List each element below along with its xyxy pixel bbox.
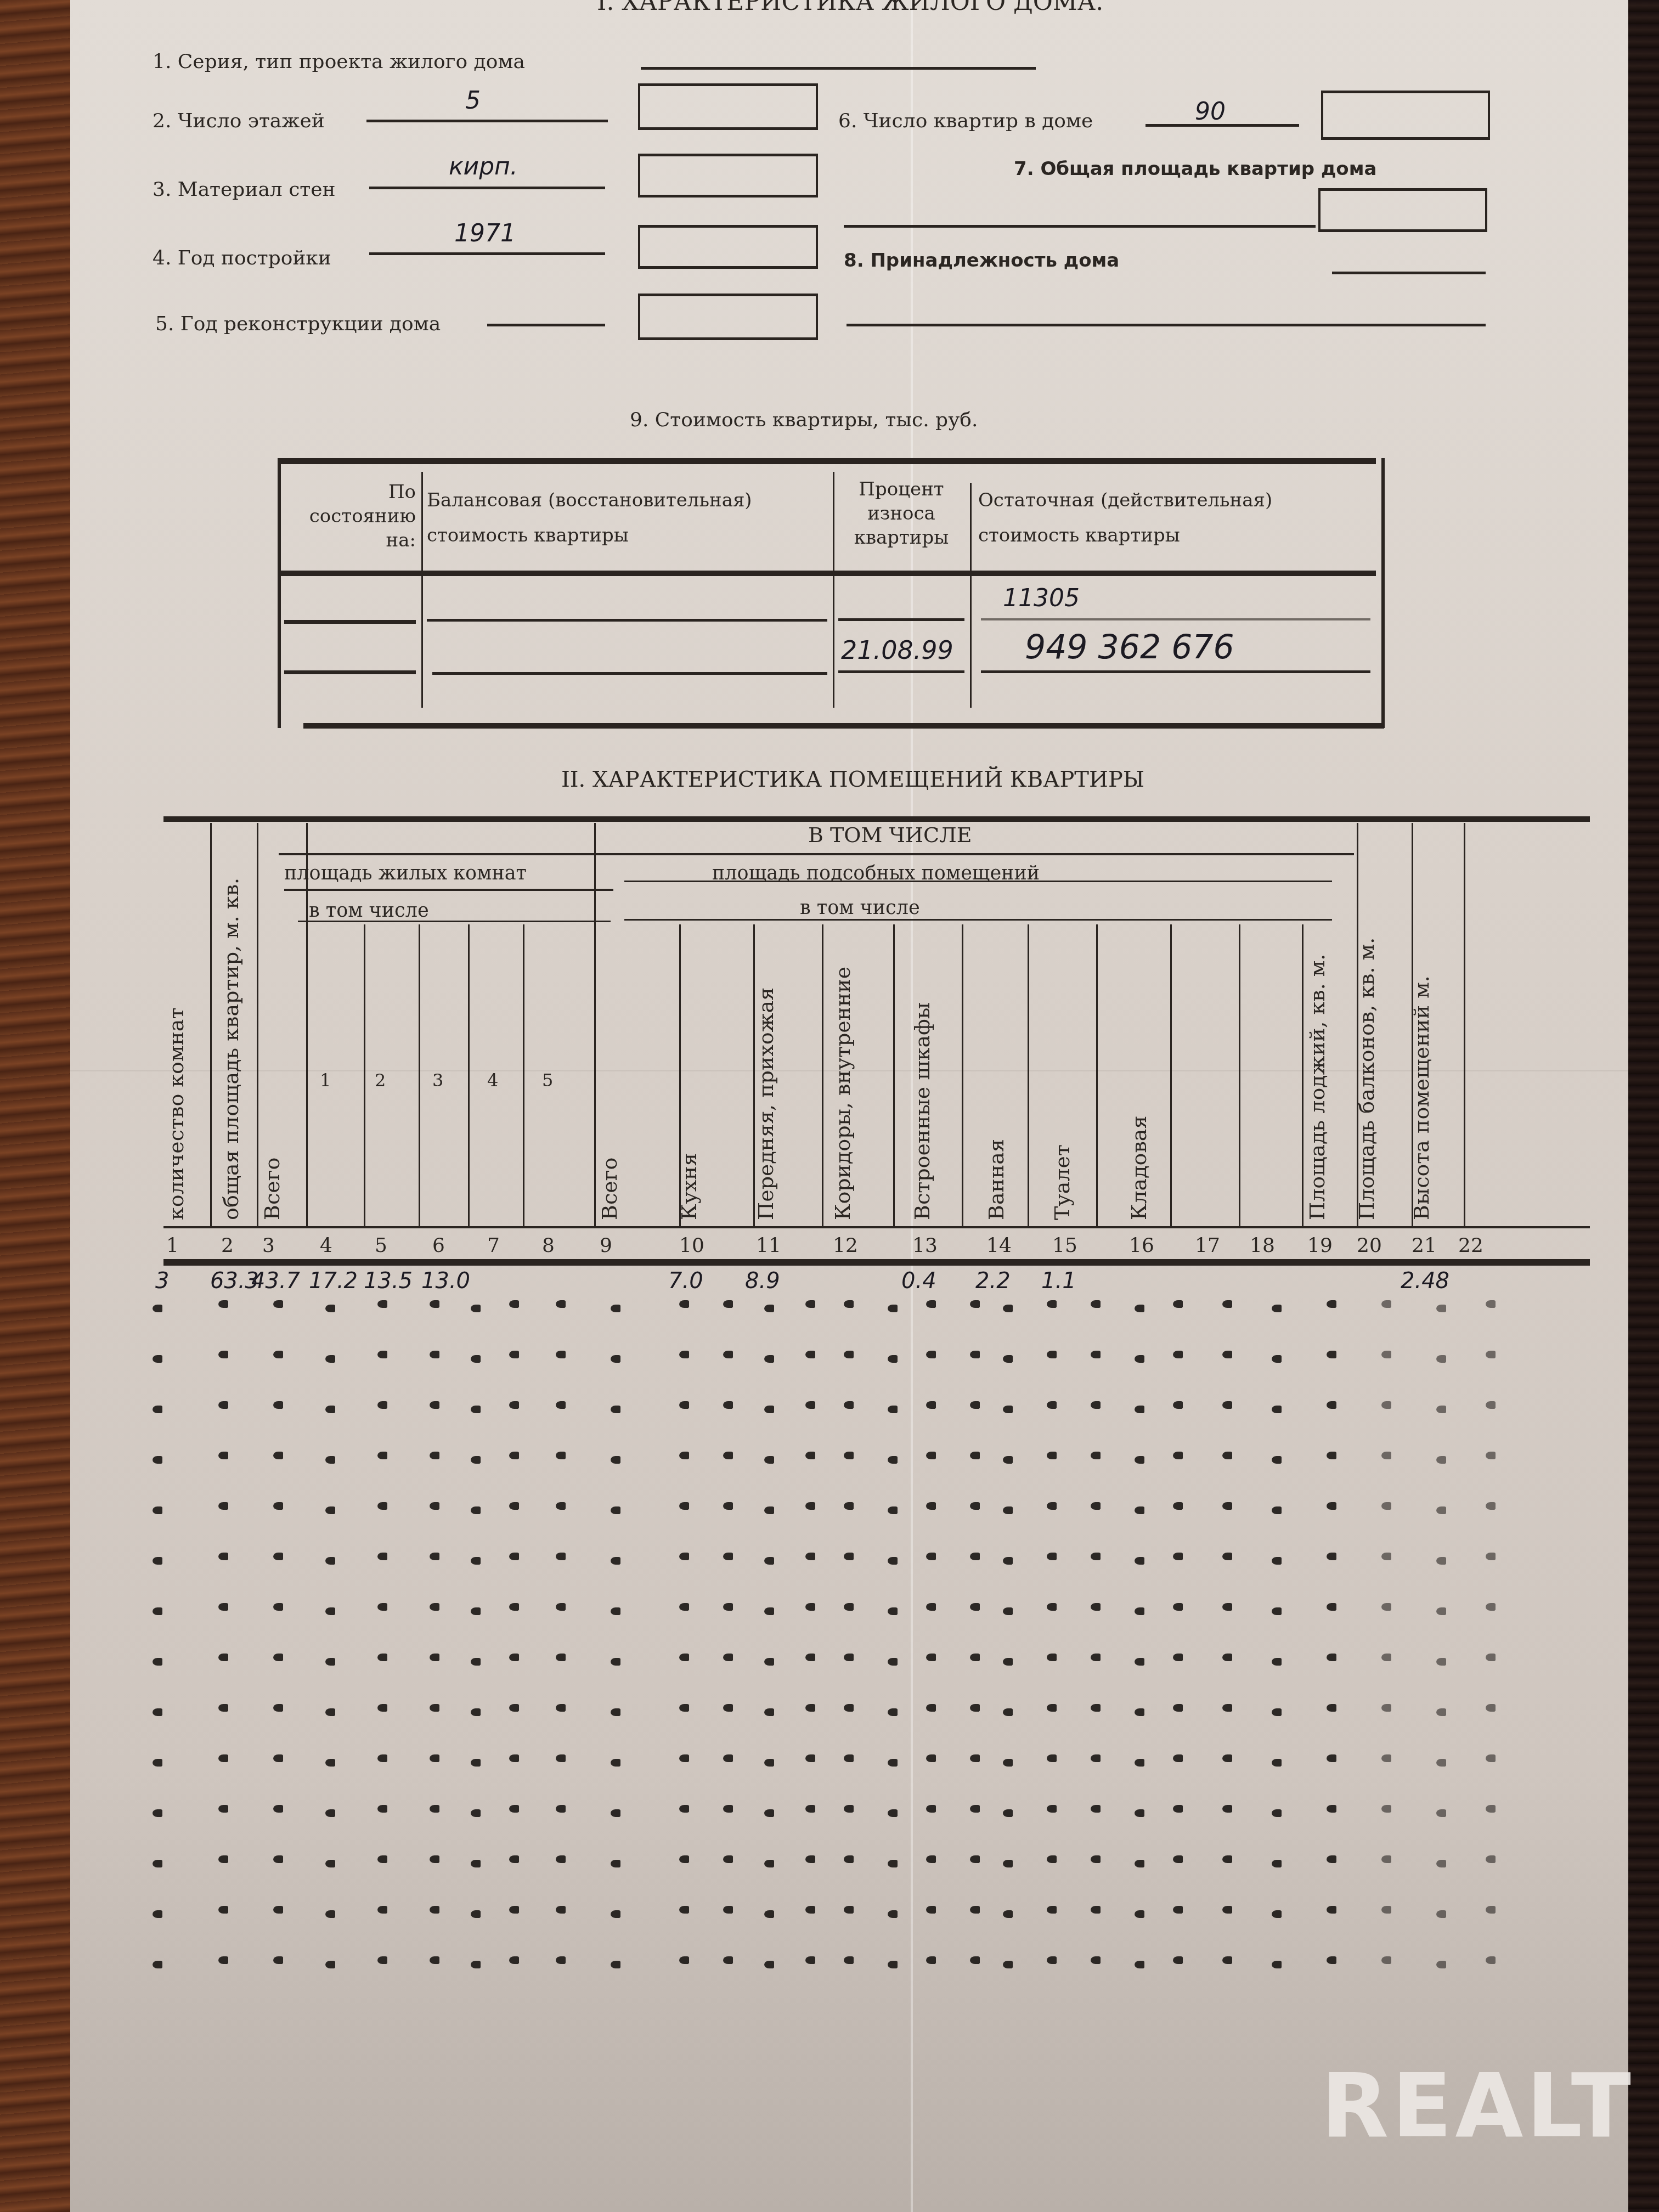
print-dot — [377, 1855, 387, 1863]
row-line — [838, 670, 964, 673]
print-dot — [1003, 1557, 1013, 1565]
print-dot — [1272, 1456, 1282, 1464]
print-dot — [926, 1401, 936, 1409]
print-dot — [1047, 1351, 1057, 1358]
print-dot — [377, 1704, 387, 1712]
print-dot — [1091, 1401, 1101, 1409]
print-dot — [1436, 1658, 1446, 1666]
print-dot — [273, 1553, 283, 1560]
print-dot — [1047, 1654, 1057, 1661]
print-dot — [218, 1906, 228, 1914]
print-dot — [1381, 1654, 1391, 1661]
print-dot — [471, 1557, 481, 1565]
print-dot — [1272, 1759, 1282, 1767]
print-dot — [556, 1351, 566, 1358]
row-line — [284, 620, 416, 624]
print-dot — [273, 1805, 283, 1813]
field-line-walls — [369, 187, 605, 189]
print-dot — [679, 1654, 689, 1661]
field-line-ownership-2 — [847, 324, 1486, 326]
print-dot — [325, 1355, 335, 1363]
print-dot — [218, 1805, 228, 1813]
print-dot — [325, 1456, 335, 1464]
row-line — [981, 670, 1370, 673]
group-header: В ТОМ ЧИСЛЕ — [808, 823, 972, 847]
print-dot — [764, 1607, 774, 1615]
print-dot — [926, 1351, 936, 1358]
print-dot — [218, 1855, 228, 1863]
print-dot — [764, 1506, 774, 1514]
print-dot — [805, 1452, 815, 1459]
print-dot — [325, 1961, 335, 1968]
print-dot — [764, 1305, 774, 1312]
print-dot — [970, 1351, 980, 1358]
print-dot — [1486, 1906, 1496, 1914]
print-dot — [970, 1654, 980, 1661]
print-dot — [1135, 1961, 1144, 1968]
column-label: Встроенные шкафы — [910, 1002, 934, 1220]
print-dot — [218, 1502, 228, 1510]
print-dot — [377, 1452, 387, 1459]
print-dot — [377, 1553, 387, 1560]
print-dot — [430, 1956, 439, 1964]
print-dot — [679, 1956, 689, 1964]
print-dot — [153, 1355, 162, 1363]
print-dot — [509, 1754, 519, 1762]
print-dot — [970, 1553, 980, 1560]
print-dot — [556, 1906, 566, 1914]
print-dot — [556, 1603, 566, 1611]
print-dot — [1486, 1754, 1496, 1762]
print-dot — [1272, 1860, 1282, 1867]
print-dot — [1173, 1553, 1183, 1560]
print-dot — [1091, 1300, 1101, 1308]
print-dot — [1327, 1754, 1336, 1762]
print-dot — [611, 1305, 620, 1312]
table-border — [303, 723, 1384, 729]
print-dot — [844, 1754, 854, 1762]
print-dot — [764, 1961, 774, 1968]
print-dot — [509, 1502, 519, 1510]
print-dot — [1135, 1456, 1144, 1464]
print-dot — [1381, 1704, 1391, 1712]
column-number: 2 — [221, 1234, 234, 1257]
print-dot — [1003, 1809, 1013, 1817]
print-dot — [509, 1401, 519, 1409]
print-dot — [430, 1351, 439, 1358]
print-dot — [556, 1502, 566, 1510]
print-dot — [888, 1910, 898, 1918]
print-dot — [805, 1603, 815, 1611]
print-dot — [1272, 1910, 1282, 1918]
living-header: площадь жилых комнат — [284, 862, 527, 884]
field-line-year-built — [369, 252, 605, 255]
header-line — [284, 889, 613, 891]
print-dot — [1272, 1658, 1282, 1666]
print-dot — [471, 1456, 481, 1464]
column-divider — [1028, 924, 1029, 1226]
print-dot — [1436, 1860, 1446, 1867]
print-dot — [844, 1855, 854, 1863]
print-dot — [611, 1759, 620, 1767]
print-dot — [679, 1553, 689, 1560]
print-dot — [1222, 1502, 1232, 1510]
print-dot — [377, 1754, 387, 1762]
print-dot — [1436, 1607, 1446, 1615]
print-dot — [509, 1654, 519, 1661]
column-label: 1 — [320, 1070, 331, 1091]
field-label-reconstruction: 5. Год реконструкции дома — [155, 313, 441, 335]
row-line — [427, 619, 827, 622]
print-dot — [926, 1956, 936, 1964]
column-label: количество комнат — [164, 1007, 188, 1220]
print-dot — [723, 1300, 733, 1308]
column-number: 22 — [1458, 1234, 1483, 1257]
print-dot — [471, 1910, 481, 1918]
print-dot — [1381, 1452, 1391, 1459]
print-dot — [611, 1961, 620, 1968]
print-dot — [679, 1754, 689, 1762]
print-dot — [1091, 1704, 1101, 1712]
print-dot — [1047, 1401, 1057, 1409]
print-dot — [1222, 1704, 1232, 1712]
table-border — [279, 458, 1376, 464]
print-dot — [844, 1452, 854, 1459]
print-dot — [1222, 1906, 1232, 1914]
print-dot — [1272, 1557, 1282, 1565]
print-dot — [471, 1860, 481, 1867]
print-dot — [430, 1300, 439, 1308]
print-dot — [1173, 1956, 1183, 1964]
column-label: Площадь балконов, кв. м. — [1355, 938, 1379, 1220]
print-dot — [153, 1456, 162, 1464]
header-residual: Остаточная (действительная) стоимость кв… — [978, 483, 1373, 553]
print-dot — [1222, 1603, 1232, 1611]
field-label-series: 1. Серия, тип проекта жилого дома — [153, 50, 525, 73]
print-dot — [1003, 1607, 1013, 1615]
print-dot — [556, 1654, 566, 1661]
print-dot — [556, 1956, 566, 1964]
print-dot — [430, 1704, 439, 1712]
print-dot — [1486, 1855, 1496, 1863]
print-dot — [970, 1754, 980, 1762]
column-divider — [306, 823, 308, 1226]
print-dot — [153, 1961, 162, 1968]
print-dot — [926, 1502, 936, 1510]
print-dot — [556, 1855, 566, 1863]
print-dot — [844, 1603, 854, 1611]
print-dot — [509, 1300, 519, 1308]
print-dot — [1222, 1956, 1232, 1964]
print-dot — [273, 1956, 283, 1964]
print-dot — [273, 1906, 283, 1914]
dark-background — [1624, 0, 1659, 2212]
column-number: 20 — [1357, 1234, 1382, 1257]
print-dot — [888, 1506, 898, 1514]
column-divider — [1239, 924, 1240, 1226]
print-dot — [1272, 1506, 1282, 1514]
column-number: 21 — [1412, 1234, 1437, 1257]
print-dot — [723, 1553, 733, 1560]
code-box — [638, 154, 818, 198]
realt-watermark: REALT — [1321, 2055, 1634, 2157]
print-dot — [1486, 1300, 1496, 1308]
print-dot — [611, 1860, 620, 1867]
row-line — [838, 618, 964, 621]
print-dot — [273, 1654, 283, 1661]
print-dot — [1003, 1506, 1013, 1514]
print-dot — [723, 1906, 733, 1914]
print-dot — [970, 1603, 980, 1611]
print-dot — [1173, 1906, 1183, 1914]
print-dot — [805, 1553, 815, 1560]
column-label: 4 — [487, 1070, 498, 1091]
table-border — [1381, 458, 1385, 728]
print-dot — [273, 1300, 283, 1308]
print-dot — [273, 1704, 283, 1712]
print-dot — [844, 1401, 854, 1409]
print-dot — [325, 1759, 335, 1767]
print-dot — [844, 1300, 854, 1308]
print-dot — [1173, 1401, 1183, 1409]
print-dot — [764, 1809, 774, 1817]
cost-table-title: 9. Стоимость квартиры, тыс. руб. — [630, 409, 978, 431]
field-label-floors: 2. Число этажей — [153, 110, 325, 132]
print-dot — [888, 1456, 898, 1464]
print-dot — [1047, 1452, 1057, 1459]
print-dot — [1327, 1603, 1336, 1611]
section-2-title: II. ХАРАКТЕРИСТИКА ПОМЕЩЕНИЙ КВАРТИРЫ — [561, 767, 1144, 792]
section-1-title: I. ХАРАКТЕРИСТИКА ЖИЛОГО ДОМА. — [597, 0, 1103, 16]
print-dot — [723, 1805, 733, 1813]
print-dot — [1486, 1805, 1496, 1813]
print-dot — [1381, 1401, 1391, 1409]
column-divider — [822, 924, 823, 1226]
print-dot — [926, 1805, 936, 1813]
print-dot — [1327, 1553, 1336, 1560]
column-number: 15 — [1052, 1234, 1077, 1257]
row-line — [981, 618, 1370, 620]
print-dot — [325, 1607, 335, 1615]
print-dot — [509, 1855, 519, 1863]
print-dot — [471, 1759, 481, 1767]
print-dot — [430, 1754, 439, 1762]
print-dot — [926, 1553, 936, 1560]
print-dot — [1486, 1401, 1496, 1409]
print-dot — [273, 1351, 283, 1358]
print-dot — [153, 1860, 162, 1867]
print-dot — [430, 1603, 439, 1611]
print-dot — [1486, 1704, 1496, 1712]
print-dot — [153, 1809, 162, 1817]
header-balance: Балансовая (восстановительная) стоимость… — [427, 483, 822, 553]
print-dot — [1327, 1906, 1336, 1914]
print-dot — [764, 1355, 774, 1363]
print-dot — [1135, 1809, 1144, 1817]
field-label-apartments: 6. Число квартир в доме — [838, 110, 1093, 132]
print-dot — [1135, 1406, 1144, 1413]
table-divider — [421, 472, 423, 708]
print-dot — [1091, 1754, 1101, 1762]
column-number: 5 — [375, 1234, 387, 1257]
print-dot — [1327, 1300, 1336, 1308]
print-dot — [153, 1658, 162, 1666]
column-number: 17 — [1195, 1234, 1220, 1257]
print-dot — [1222, 1553, 1232, 1560]
print-dot — [1173, 1754, 1183, 1762]
print-dot — [970, 1805, 980, 1813]
print-dot — [1436, 1809, 1446, 1817]
print-dot — [1272, 1406, 1282, 1413]
print-dot — [844, 1502, 854, 1510]
column-divider — [364, 924, 365, 1226]
field-label-walls: 3. Материал стен — [153, 178, 336, 201]
aux-sub: в том числе — [800, 897, 920, 919]
header-line — [298, 921, 611, 922]
print-dot — [970, 1704, 980, 1712]
column-value: 7.0 — [668, 1268, 703, 1294]
print-dot — [1135, 1910, 1144, 1918]
print-dot — [844, 1654, 854, 1661]
print-dot — [1222, 1754, 1232, 1762]
print-dot — [1272, 1708, 1282, 1716]
print-dot — [1381, 1300, 1391, 1308]
print-dot — [1003, 1355, 1013, 1363]
print-dot — [1436, 1456, 1446, 1464]
print-dot — [888, 1355, 898, 1363]
print-dot — [1381, 1603, 1391, 1611]
print-dot — [1173, 1654, 1183, 1661]
print-dot — [153, 1557, 162, 1565]
print-dot — [844, 1553, 854, 1560]
column-divider — [523, 924, 524, 1226]
print-dot — [611, 1910, 620, 1918]
print-dot — [1047, 1855, 1057, 1863]
print-dot — [218, 1401, 228, 1409]
print-dot — [1327, 1805, 1336, 1813]
print-dot — [325, 1910, 335, 1918]
print-dot — [471, 1809, 481, 1817]
column-number: 9 — [600, 1234, 612, 1257]
print-dot — [844, 1351, 854, 1358]
print-dot — [723, 1855, 733, 1863]
print-dot — [764, 1658, 774, 1666]
print-dot — [509, 1906, 519, 1914]
print-dot — [1327, 1654, 1336, 1661]
column-label: Кладовая — [1127, 1115, 1151, 1220]
print-dot — [1135, 1355, 1144, 1363]
print-dot — [1135, 1506, 1144, 1514]
table-divider — [970, 483, 972, 708]
table-border — [163, 1259, 1590, 1266]
print-dot — [153, 1607, 162, 1615]
print-dot — [1047, 1805, 1057, 1813]
print-dot — [844, 1956, 854, 1964]
print-dot — [1047, 1754, 1057, 1762]
wood-table-background — [0, 0, 77, 2212]
header-as-of: По состоянию на: — [284, 480, 416, 552]
print-dot — [1486, 1956, 1496, 1964]
print-dot — [1135, 1557, 1144, 1565]
header-line — [279, 853, 1354, 855]
print-dot — [1173, 1805, 1183, 1813]
column-number: 14 — [986, 1234, 1012, 1257]
print-dot — [325, 1809, 335, 1817]
print-dot — [1272, 1355, 1282, 1363]
print-dot — [970, 1401, 980, 1409]
print-dot — [1047, 1553, 1057, 1560]
print-dot — [926, 1754, 936, 1762]
print-dot — [1381, 1754, 1391, 1762]
print-dot — [430, 1654, 439, 1661]
print-dot — [764, 1759, 774, 1767]
print-dot — [926, 1452, 936, 1459]
print-dot — [153, 1406, 162, 1413]
print-dot — [1327, 1502, 1336, 1510]
print-dot — [679, 1855, 689, 1863]
print-dot — [325, 1557, 335, 1565]
print-dot — [1091, 1452, 1101, 1459]
print-dot — [888, 1961, 898, 1968]
print-dot — [1486, 1553, 1496, 1560]
column-number: 13 — [912, 1234, 938, 1257]
print-dot — [679, 1906, 689, 1914]
column-number: 12 — [833, 1234, 858, 1257]
print-dot — [1047, 1502, 1057, 1510]
print-dot — [926, 1906, 936, 1914]
column-label: Кухня — [677, 1153, 701, 1221]
print-dot — [325, 1406, 335, 1413]
print-dot — [430, 1553, 439, 1560]
print-dot — [1173, 1704, 1183, 1712]
print-dot — [471, 1961, 481, 1968]
print-dot — [471, 1406, 481, 1413]
print-dot — [888, 1759, 898, 1767]
print-dot — [611, 1658, 620, 1666]
column-divider — [594, 823, 596, 1226]
column-value: 2.48 — [1401, 1268, 1449, 1294]
print-dot — [1047, 1906, 1057, 1914]
print-dot — [1003, 1456, 1013, 1464]
print-dot — [1003, 1961, 1013, 1968]
print-dot — [1135, 1708, 1144, 1716]
print-dot — [805, 1401, 815, 1409]
print-dot — [1091, 1351, 1101, 1358]
table-border — [278, 458, 281, 728]
print-dot — [1272, 1305, 1282, 1312]
print-dot — [844, 1704, 854, 1712]
column-label: Ванная — [984, 1139, 1008, 1220]
living-sub: в том числе — [309, 900, 429, 922]
column-value: 43.7 — [251, 1268, 300, 1294]
print-dot — [805, 1704, 815, 1712]
print-dot — [471, 1708, 481, 1716]
print-dot — [1135, 1305, 1144, 1312]
code-box — [638, 225, 818, 269]
print-dot — [679, 1603, 689, 1611]
print-dot — [153, 1910, 162, 1918]
print-dot — [611, 1607, 620, 1615]
print-dot — [1003, 1305, 1013, 1312]
field-value-year-built: 1971 — [454, 219, 516, 247]
print-dot — [430, 1502, 439, 1510]
print-dot — [1222, 1855, 1232, 1863]
print-dot — [926, 1300, 936, 1308]
table-border — [163, 1226, 1590, 1228]
print-dot — [1135, 1759, 1144, 1767]
print-dot — [970, 1906, 980, 1914]
print-dot — [153, 1506, 162, 1514]
